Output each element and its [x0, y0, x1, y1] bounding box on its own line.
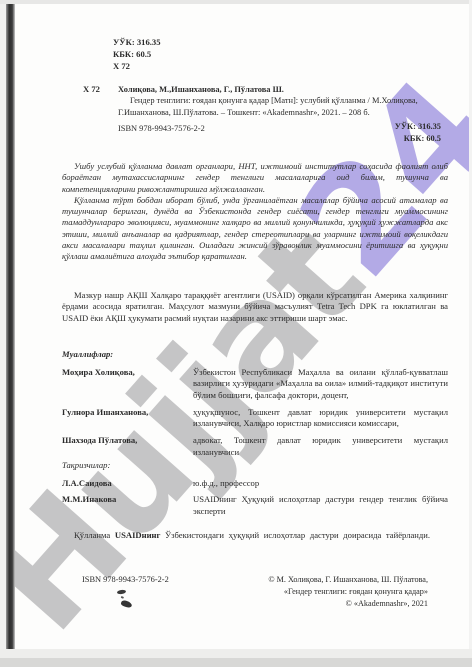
ink-speck — [120, 599, 132, 608]
annotation-paragraph-1: Ушбу услубий қўлланма давлат органлари, … — [62, 161, 448, 195]
closing-usaid: USAIDнинг — [115, 530, 161, 540]
author-description: Ўзбекистон Республикаси Маҳалла ва оилан… — [193, 367, 448, 401]
scan-edge-left-shadow — [6, 0, 15, 658]
reviewer-name: М.М.Инакова — [62, 494, 193, 517]
authors-heading: Муаллифлар: — [62, 349, 113, 360]
usaid-disclaimer: Мазкур нашр АҚШ Халқаро тараққиёт агентл… — [62, 290, 448, 324]
bbk-code: КБК: 60.5 — [113, 48, 161, 60]
author-name: Шахзода Пўлатова, — [62, 435, 193, 458]
citation-codes-right: УЎК: 316.35 КБК: 60.5 — [395, 121, 441, 145]
reviewer-description: USAIDнинг Ҳуқуқий ислоҳотлар дастури ген… — [193, 494, 448, 517]
closing-suffix: Ўзбекистондаги ҳуқуқий ислоҳотлар дастур… — [160, 530, 430, 540]
citation-isbn: ISBN 978-9943-7576-2-2 — [118, 124, 205, 133]
copyright-block: © М. Холиқова, Г. Ишанханова, Ш. Пўлатов… — [268, 574, 428, 609]
annotation-paragraph-2: Қўлланма тўрт бобдан иборат бўлиб, унда … — [62, 195, 448, 263]
copyright-authors: © М. Холиқова, Г. Ишанханова, Ш. Пўлатов… — [268, 574, 428, 586]
reviewers-list: Л.А.Саидова ю.ф.д., профессор М.М.Инаков… — [62, 478, 448, 517]
scan-edge-bottom — [0, 658, 472, 667]
reviewer-name: Л.А.Саидова — [62, 478, 193, 489]
ink-speck — [117, 589, 126, 594]
citation-title-line2: Г.Ишанханова, Ш.Пўлатова. – Тошкент: «Ak… — [118, 107, 452, 118]
closing-prefix: Қўлланма — [74, 530, 115, 540]
reviewer-description: ю.ф.д., профессор — [193, 478, 448, 489]
udc-code: УЎК: 316.35 — [113, 36, 161, 48]
closing-paragraph: Қўлланма USAIDнинг Ўзбекистондаги ҳуқуқи… — [62, 530, 448, 541]
authors-list: Моҳира Холиқова, Ўзбекистон Республикаси… — [62, 367, 448, 458]
author-description: ҳуқуқшунос, Тошкент давлат юридик универ… — [193, 407, 448, 430]
classification-codes: УЎК: 316.35 КБК: 60.5 Х 72 — [113, 36, 161, 72]
copyright-publisher: © «Akademnashr», 2021 — [268, 598, 428, 610]
page-content: УЎК: 316.35 КБК: 60.5 Х 72 Х 72 Холиқова… — [62, 0, 448, 667]
author-description: адвокат, Тошкент давлат юридик университ… — [193, 435, 448, 458]
citation-udc: УЎК: 316.35 — [395, 121, 441, 133]
scanned-book-imprint-page: Hujjat24 УЎК: 316.35 КБК: 60.5 Х 72 Х 72… — [0, 0, 472, 667]
author-name: Гулнора Ишанханова, — [62, 407, 193, 430]
copyright-title: «Гендер тенглиги: ғоядан қонунга қадар» — [268, 586, 428, 598]
author-name: Моҳира Холиқова, — [62, 367, 193, 401]
citation-title-line1: Гендер тенглиги: ғоядан қонунга қадар [М… — [118, 95, 452, 106]
scan-edge-bottom-light — [0, 649, 472, 658]
annotation: Ушбу услубий қўлланма давлат органлари, … — [62, 161, 448, 263]
author-sign-code: Х 72 — [113, 60, 161, 72]
reviewers-heading: Тақризчилар: — [62, 460, 110, 471]
scan-edge-top — [0, 0, 472, 4]
citation-block: Холиқова, М.,Ишанханова, Г., Пўлатова Ш.… — [118, 84, 452, 118]
bottom-isbn: ISBN 978-9943-7576-2-2 — [82, 575, 169, 584]
citation-authors: Холиқова, М.,Ишанханова, Г., Пўлатова Ш. — [118, 84, 452, 95]
citation-bbk: КБК: 60.5 — [395, 133, 441, 145]
citation-index: Х 72 — [83, 84, 100, 94]
